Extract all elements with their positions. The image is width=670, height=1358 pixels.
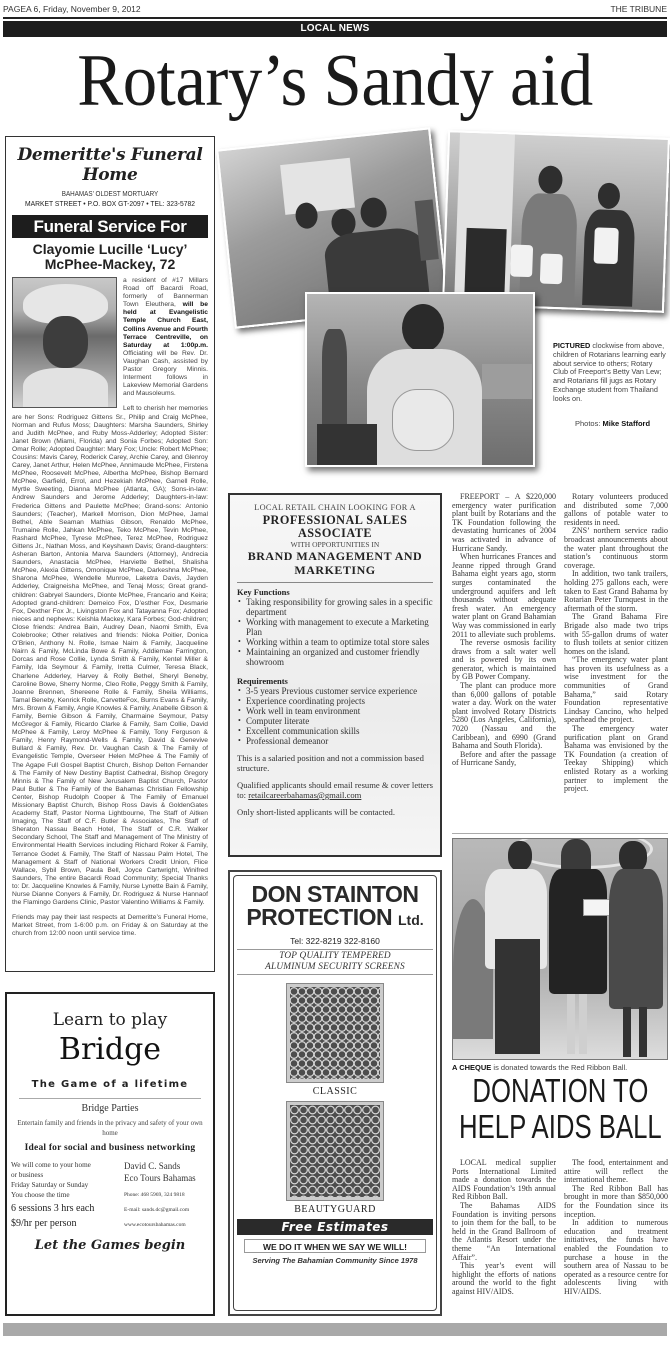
viewing-details: Friends may pay their last respects at D… <box>12 914 208 938</box>
rotary-photo-collage: PICTURED clockwise from above, children … <box>225 132 670 487</box>
folio-publication: THE TRIBUNE <box>610 4 667 14</box>
job-ad-intro: LOCAL RETAIL CHAIN LOOKING FOR A <box>237 503 433 512</box>
bridge-ad-title: Bridge <box>11 1032 209 1067</box>
bridge-lessons-ad: Learn to play Bridge The Game of a lifet… <box>5 992 215 1316</box>
apply-instructions: Qualified applicants should email resume… <box>237 780 433 800</box>
list-item: Working with management to execute a Mar… <box>237 617 433 637</box>
free-estimates-banner: Free Estimates <box>237 1219 433 1235</box>
bridge-parties: Bridge Parties <box>11 1103 209 1114</box>
bridge-terms: We will come to your home or business Fr… <box>11 1160 119 1230</box>
funeral-home-name: Demeritte's Funeral Home <box>12 145 208 185</box>
cheque-photo-caption: A CHEQUE is donated towards the Red Ribb… <box>452 1063 627 1072</box>
since-1978: Serving The Bahamian Community Since 197… <box>237 1256 433 1265</box>
classic-screen-image <box>287 984 383 1082</box>
divider <box>19 1098 201 1099</box>
company-phone: Tel: 322-8219 322-8160 <box>237 936 433 946</box>
job-opportunities: BRAND MANAGEMENT AND MARKETING <box>237 549 433 577</box>
company-tagline: TOP QUALITY TEMPERED ALUMINUM SECURITY S… <box>237 949 433 975</box>
page-folio: PAGEA 6, Friday, November 9, 2012 THE TR… <box>3 4 667 16</box>
deceased-name: Clayomie Lucille ‘Lucy’ McPhee-Mackey, 7… <box>12 242 208 272</box>
bridge-ad-intro: Learn to play <box>11 1010 209 1030</box>
bridge-contact: David C. Sands Eco Tours Bahamas Phone: … <box>119 1160 209 1230</box>
list-item: Computer literate <box>237 716 433 726</box>
sales-associate-job-ad: LOCAL RETAIL CHAIN LOOKING FOR A PROFESS… <box>228 493 442 857</box>
bridge-ad-footer: Let the Games begin <box>11 1238 209 1253</box>
bridge-ideal: Ideal for social and business networking <box>11 1143 209 1153</box>
key-functions-list: Taking responsibility for growing sales … <box>237 597 433 667</box>
list-item: Work well in team environment <box>237 706 433 716</box>
bridge-phone: Phone: 468 5969, 324 9818 <box>124 1192 209 1199</box>
company-name: DON STAINTON PROTECTION Ltd. <box>237 883 433 932</box>
photo-betty-van-lew <box>305 292 535 467</box>
classic-label: CLASSIC <box>237 1086 433 1097</box>
list-item: Excellent communication skills <box>237 726 433 736</box>
section-label: LOCAL NEWS <box>3 21 667 37</box>
security-screens-ad: DON STAINTON PROTECTION Ltd. Tel: 322-82… <box>228 870 442 1316</box>
aids-article-body: LOCAL medical supplier Ports Internation… <box>452 1159 668 1297</box>
photo-children-with-jugs <box>442 130 670 313</box>
list-item: 3-5 years Previous customer service expe… <box>237 686 433 696</box>
aids-column-1: LOCAL medical supplier Ports Internation… <box>452 1159 556 1297</box>
bridge-sessions: 6 sessions 3 hrs each <box>11 1202 119 1215</box>
list-item: Professional demeanor <box>237 736 433 746</box>
survivors-list: Left to cherish her memories are her Son… <box>12 405 208 907</box>
key-functions-heading: Key Functions <box>237 587 433 597</box>
list-item: Taking responsibility for growing sales … <box>237 597 433 617</box>
list-item: Maintaining an organized and customer fr… <box>237 647 433 667</box>
article-column-2: Rotary volunteers produced and distribut… <box>564 493 668 828</box>
aids-column-2: The food, entertainment and attire will … <box>564 1159 668 1297</box>
divider <box>237 582 433 583</box>
folio-rule <box>3 17 667 19</box>
funeral-service-banner: Funeral Service For <box>12 215 208 238</box>
list-item: Working within a team to optimize total … <box>237 637 433 647</box>
deceased-portrait <box>12 277 117 408</box>
funeral-home-tagline: BAHAMAS' OLDEST MORTUARY <box>22 190 198 199</box>
page-headline: Rotary’s Sandy aid <box>23 36 646 126</box>
bridge-ad-slogan: The Game of a lifetime <box>11 1079 209 1090</box>
promise-slogan: WE DO IT WHEN WE SAY WE WILL! <box>244 1239 426 1253</box>
divider <box>452 833 668 834</box>
bridge-email[interactable]: E-mail: sands.dc@gmail.com <box>124 1207 209 1214</box>
job-title: PROFESSIONAL SALES ASSOCIATE <box>237 514 433 540</box>
job-ad-with: WITH OPPORTUNITIES IN <box>237 540 433 549</box>
cheque-presentation-photo <box>452 838 668 1060</box>
beautyguard-label: BEAUTYGUARD <box>237 1204 433 1215</box>
requirements-heading: Requirements <box>237 676 433 686</box>
requirements-list: 3-5 years Previous customer service expe… <box>237 686 433 746</box>
bridge-entertain: Entertain family and friends in the priv… <box>11 1118 209 1138</box>
salary-note: This is a salaried position and not a co… <box>237 753 433 773</box>
apply-email-link[interactable]: retailcareerbahamas@gmail.com <box>248 790 361 800</box>
aids-headline: DONATION TO HELP AIDS BALL <box>476 1073 644 1145</box>
list-item: Experience coordinating projects <box>237 696 433 706</box>
article-column-1: FREEPORT – A $220,000 emergency water pu… <box>452 493 556 828</box>
funeral-notice-body: a resident of #17 Millars Road off Bacar… <box>12 277 208 939</box>
photo-caption: PICTURED clockwise from above, children … <box>553 342 668 404</box>
bridge-website[interactable]: www.ecotoursbahamas.com <box>124 1222 209 1229</box>
photo-credit: Photos: Mike Stafford <box>575 419 650 428</box>
funeral-home-address: MARKET STREET • P.O. BOX GT-2097 • TEL: … <box>22 199 198 208</box>
beautyguard-screen-image <box>287 1102 383 1200</box>
bridge-price: $9/hr per person <box>11 1217 119 1230</box>
folio-page-date: PAGEA 6, Friday, November 9, 2012 <box>3 4 141 14</box>
shortlist-note: Only short-listed applicants will be con… <box>237 807 433 817</box>
page-footer-bar <box>3 1323 667 1336</box>
rotary-article-body: FREEPORT – A $220,000 emergency water pu… <box>452 493 668 828</box>
funeral-notice-ad: Demeritte's Funeral Home BAHAMAS' OLDEST… <box>5 136 215 972</box>
